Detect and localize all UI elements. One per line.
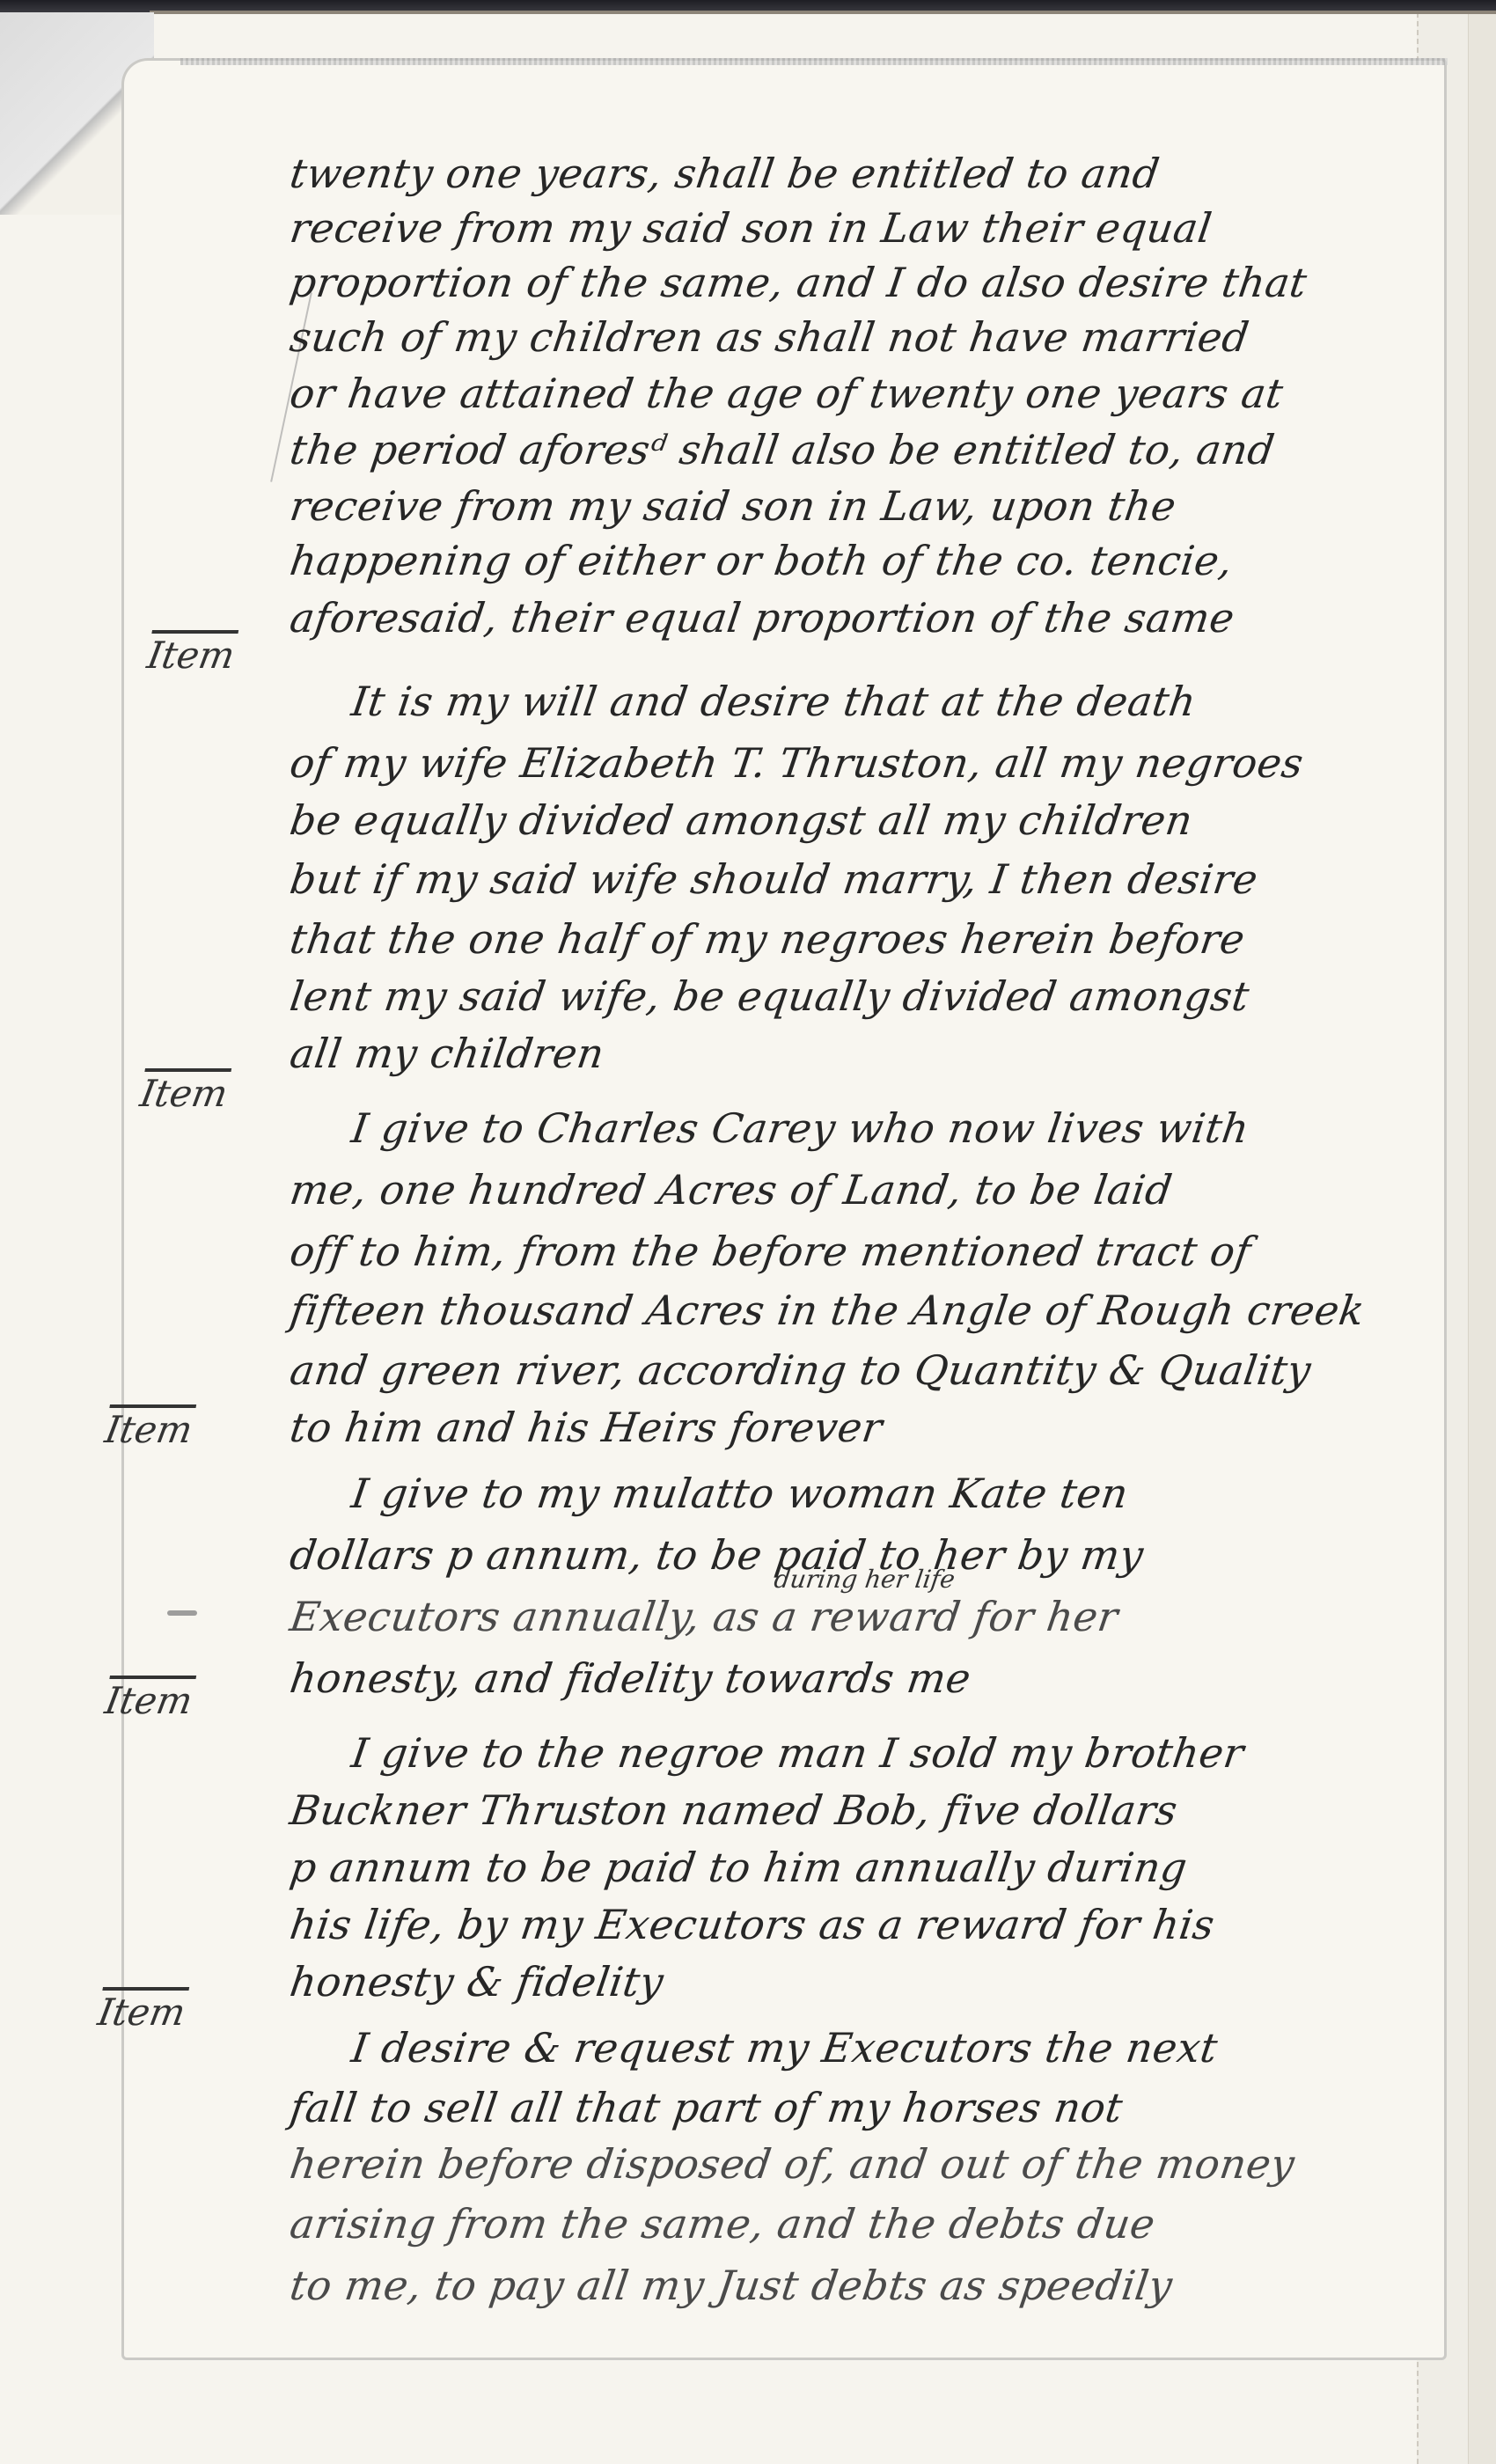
handwritten-line: honesty & fidelity [287, 1958, 666, 2006]
handwritten-line: It is my will and desire that at the dea… [348, 678, 1199, 725]
handwritten-line: dollars p annum, to be paid to her by my [287, 1531, 1147, 1579]
handwritten-line: and green river, according to Quantity &… [287, 1346, 1314, 1394]
handwritten-line: of my wife Elizabeth T. Thruston, all my… [287, 739, 1306, 787]
margin-item-label: Item [102, 1408, 196, 1451]
handwritten-line: to him and his Heirs forever [287, 1404, 885, 1451]
margin-item-label: Item [144, 634, 238, 677]
handwritten-line: me, one hundred Acres of Land, to be lai… [287, 1166, 1175, 1214]
page-top-edge [150, 11, 1496, 14]
handwritten-line: I desire & request my Executors the next [348, 2024, 1221, 2072]
page-edge-underlay [1468, 12, 1496, 2464]
handwritten-line: or have attained the age of twenty one y… [287, 370, 1286, 417]
margin-item-label: Item [137, 1072, 231, 1115]
handwritten-line: to me, to pay all my Just debts as speed… [287, 2262, 1176, 2309]
handwritten-line: but if my said wife should marry, I then… [287, 855, 1261, 903]
handwritten-line: fall to sell all that part of my horses … [287, 2084, 1126, 2131]
interlinear-insertion: during her life [773, 1565, 957, 1594]
handwritten-line: be equally divided amongst all my childr… [287, 796, 1196, 844]
handwritten-line: his life, by my Executors as a reward fo… [287, 1901, 1217, 1948]
margin-item-label: Item [95, 1991, 189, 2034]
handwritten-line: proportion of the same, and I do also de… [287, 259, 1309, 306]
photocopy-frame-top-shadow [180, 58, 1448, 65]
handwritten-line: p annum to be paid to him annually durin… [287, 1844, 1190, 1891]
handwritten-line: off to him, from the before mentioned tr… [287, 1228, 1254, 1275]
handwritten-line: lent my said wife, be equally divided am… [287, 972, 1252, 1020]
margin-mark [167, 1610, 197, 1616]
handwritten-line: arising from the same, and the debts due [287, 2200, 1158, 2248]
handwritten-line: I give to the negroe man I sold my broth… [348, 1729, 1247, 1777]
handwritten-line: the period aforesᵈ shall also be entitle… [287, 426, 1278, 473]
handwritten-line: all my children [287, 1030, 607, 1077]
handwritten-line: Executors annually, as a reward for her [287, 1593, 1121, 1640]
handwritten-line: aforesaid, their equal proportion of the… [287, 594, 1237, 642]
handwritten-line: twenty one years, shall be entitled to a… [287, 150, 1162, 197]
handwritten-line: I give to my mulatto woman Kate ten [348, 1470, 1131, 1517]
handwritten-line: receive from my said son in Law, upon th… [287, 482, 1179, 530]
margin-item-label: Item [102, 1679, 196, 1722]
handwritten-line: Buckner Thruston named Bob, five dollars [287, 1786, 1180, 1834]
handwritten-line: receive from my said son in Law their eq… [287, 204, 1214, 252]
handwritten-line: that the one half of my negroes herein b… [287, 915, 1248, 963]
handwritten-line: happening of either or both of the co. t… [287, 537, 1236, 584]
handwritten-line: I give to Charles Carey who now lives wi… [348, 1104, 1252, 1152]
handwritten-line: such of my children as shall not have ma… [287, 313, 1252, 361]
handwritten-line: honesty, and fidelity towards me [287, 1654, 974, 1702]
handwritten-line: herein before disposed of, and out of th… [287, 2140, 1297, 2188]
handwritten-line: fifteen thousand Acres in the Angle of R… [287, 1287, 1368, 1334]
